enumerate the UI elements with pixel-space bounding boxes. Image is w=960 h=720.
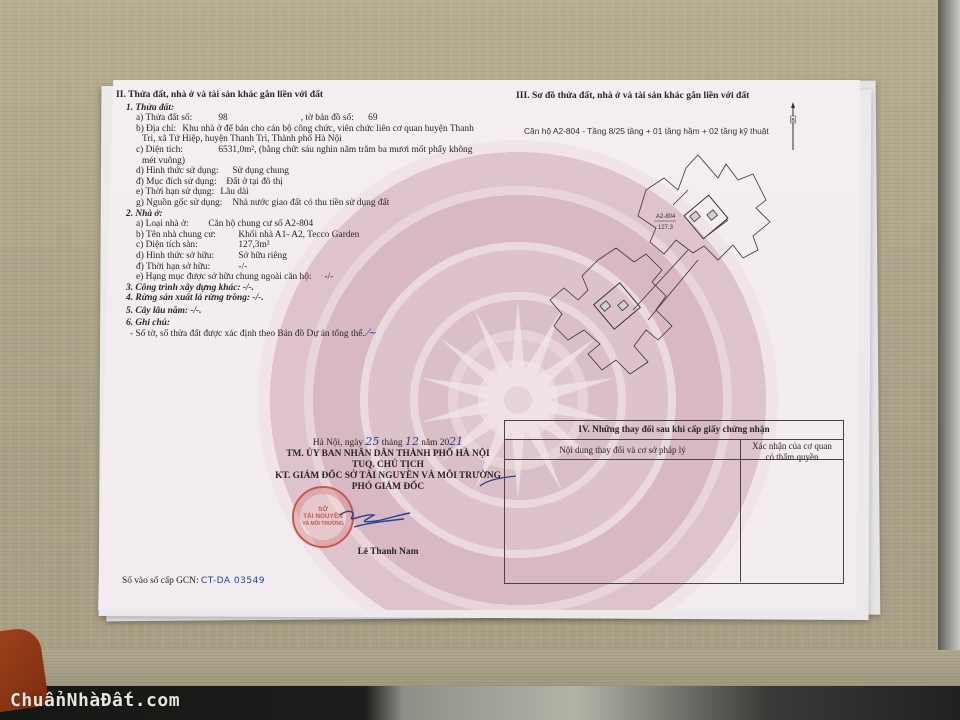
notes-heading: 6. Ghi chú: (116, 318, 516, 329)
area-value-cont: mét vuông) (116, 156, 516, 167)
production-forest: 4. Rừng sản xuất là rừng trồng: -/-. (116, 293, 516, 304)
address-row: b) Địa chỉ: Khu nhà ở để bán cho cán bộ … (116, 124, 516, 135)
parcel-number: 98 (218, 113, 298, 124)
changes-body (505, 460, 843, 582)
purpose-row: đ) Mục đích sử dụng: Đất ở tại đô thị (116, 177, 516, 188)
ownership-value: Sở hữu riêng (238, 251, 287, 261)
date-month: 12 (405, 435, 419, 448)
changes-table: IV. Những thay đổi sau khi cấp giấy chứn… (504, 420, 844, 584)
building-value: Khối nhà A1- A2, Tecco Garden (238, 230, 359, 240)
use-form-label: d) Hình thức sử dụng: (136, 166, 230, 177)
signature-icon (334, 505, 414, 531)
origin-label: g) Nguồn gốc sử dụng: (136, 198, 230, 209)
date-year: 21 (449, 435, 463, 448)
north-arrow-icon: B (788, 102, 798, 152)
changes-confirm-cell (741, 460, 843, 582)
parcel-row: a) Thửa đất số: 98 , tờ bản đồ số: 69 (116, 113, 516, 124)
ownership-row: d) Hình thức sở hữu: Sở hữu riêng (116, 251, 516, 262)
changes-content-cell (505, 460, 741, 582)
shared-value: -/- (324, 272, 333, 282)
building-row: b) Tên nhà chung cư: Khối nhà A1- A2, Te… (116, 230, 516, 241)
floor-area-value: 127,3m² (238, 240, 269, 250)
site-watermark: ChuẩnNhàĐất.com (10, 690, 180, 711)
use-form-row: d) Hình thức sử dụng: Sử dụng chung (116, 166, 516, 177)
certificate-page: II. Thửa đất, nhà ở và tài sản khác gắn … (98, 80, 860, 610)
initial-mark: ⁄~ (367, 328, 377, 339)
address-value: Khu nhà ở để bán cho cán bộ công chức, v… (182, 124, 473, 134)
origin-value: Nhà nước giao đất có thu tiền sử dụng đấ… (232, 198, 389, 208)
address-label: b) Địa chỉ: (136, 124, 180, 135)
section-diagram: III. Sơ đồ thửa đất, nhà ở và tài sản kh… (516, 90, 856, 103)
house-type-value: Căn hộ chung cư số A2-804 (208, 219, 313, 229)
term-row: e) Thời hạn sử dụng: Lâu dài (116, 187, 516, 198)
other-construction: 3. Công trình xây dựng khác: -/-. (116, 283, 516, 294)
background-edge (938, 0, 960, 720)
svg-text:A2-804: A2-804 (656, 214, 676, 220)
upper-tower: A2-804 127,3 (638, 155, 770, 260)
note-text: - Số tờ, số thửa đất được xác định theo … (130, 329, 365, 339)
registry-number-row: Số vào sổ cấp GCN: CT-DA 03549 (122, 576, 265, 586)
house-type-label: a) Loại nhà ở: (136, 219, 206, 230)
issue-date: Hà Nội, ngày 25 tháng 12 năm 2021 (248, 436, 528, 449)
parcel-label: a) Thửa đất số: (136, 113, 216, 124)
term-value: Lâu dài (220, 187, 248, 197)
purpose-value: Đất ở tại đô thị (226, 177, 283, 187)
use-form-value: Sử dụng chung (232, 166, 289, 176)
land-heading: 1. Thửa đất: (116, 103, 516, 114)
own-term-value: -/- (238, 262, 247, 272)
origin-row: g) Nguồn gốc sử dụng: Nhà nước giao đất … (116, 198, 516, 209)
note-row: - Số tờ, số thửa đất được xác định theo … (116, 329, 516, 340)
floor-area-label: c) Diện tích sàn: (136, 240, 236, 251)
own-term-label: đ) Thời hạn sở hữu: (136, 262, 236, 273)
area-value: 6531,0m², (bằng chữ: sáu nghìn năm trăm … (218, 145, 472, 155)
col-confirm-header: Xác nhận của cơ quan có thẩm quyền (741, 440, 843, 459)
own-term-row: đ) Thời hạn sở hữu: -/- (116, 262, 516, 273)
address-value-cont: Trì, xã Tứ Hiệp, huyện Thanh Trì, Thành … (116, 134, 516, 145)
floor-area-row: c) Diện tích sàn: 127,3m² (116, 240, 516, 251)
registry-label: Số vào sổ cấp GCN: (122, 576, 199, 586)
signer-name: Lê Thanh Nam (248, 547, 528, 557)
changes-title: IV. Những thay đổi sau khi cấp giấy chứn… (505, 421, 843, 440)
section-2-title: II. Thửa đất, nhà ở và tài sản khác gắn … (116, 90, 516, 101)
building-label: b) Tên nhà chung cư: (136, 230, 236, 241)
map-label: , tờ bản đồ số: (301, 113, 354, 123)
section-land-house: II. Thửa đất, nhà ở và tài sản khác gắn … (116, 90, 516, 340)
section-3-title: III. Sơ đồ thửa đất, nhà ở và tài sản kh… (516, 90, 856, 101)
date-day: 25 (365, 435, 379, 448)
area-label: c) Diện tích: (136, 145, 216, 156)
perennial-trees: 5. Cây lâu năm: -/-. (116, 306, 516, 317)
desk-edge (0, 650, 960, 688)
shared-row: e) Hạng mục được sở hữu chung ngoài căn … (116, 272, 516, 283)
term-label: e) Thời hạn sử dụng: (136, 187, 218, 198)
house-type-row: a) Loại nhà ở: Căn hộ chung cư số A2-804 (116, 219, 516, 230)
registry-number: CT-DA 03549 (201, 576, 265, 586)
map-number: 69 (356, 113, 377, 123)
area-row: c) Diện tích: 6531,0m², (bằng chữ: sáu n… (116, 145, 516, 156)
shared-label: e) Hạng mục được sở hữu chung ngoài căn … (136, 272, 322, 283)
authority-line-1: TM. ỦY BAN NHÂN DÂN THÀNH PHỐ HÀ NỘI (248, 449, 528, 460)
lower-tower (550, 248, 672, 374)
svg-text:127,3: 127,3 (658, 225, 674, 231)
plan-caption: Căn hộ A2-804 - Tầng 8/25 tầng + 01 tầng… (524, 126, 769, 136)
purpose-label: đ) Mục đích sử dụng: (136, 177, 224, 188)
ownership-label: d) Hình thức sở hữu: (136, 251, 236, 262)
col-content-header: Nội dung thay đổi và cơ sở pháp lý (505, 440, 741, 459)
changes-header: Nội dung thay đổi và cơ sở pháp lý Xác n… (505, 440, 843, 460)
house-heading: 2. Nhà ở: (116, 209, 516, 220)
authority-line-2: TUQ. CHỦ TỊCH (248, 460, 528, 471)
floor-plan-diagram: A2-804 127,3 (538, 150, 808, 380)
